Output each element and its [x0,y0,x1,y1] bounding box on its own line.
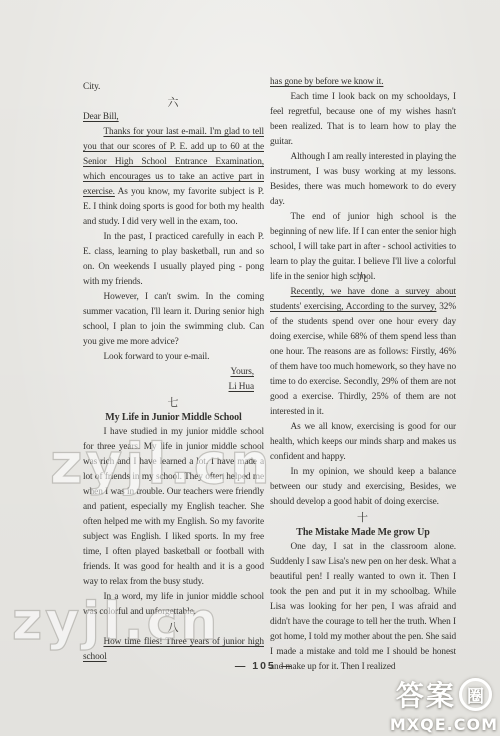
paragraph: Recently, we have done a survey about st… [270,285,456,420]
column-left: City.六Dear Bill,Thanks for your last e-m… [83,80,264,665]
column-right: has gone by before we know it.Each time … [270,75,456,675]
paragraph: Each time I look back on my schooldays, … [270,90,456,150]
paragraph: has gone by before we know it. [270,75,456,90]
body-text: However, I can't swim. In the coming sum… [83,292,264,347]
signature-text: Li Hua [229,382,254,392]
essay-title: The Mistake Made Me grow Up [270,525,456,540]
paragraph: In a word, my life in junior middle scho… [83,590,264,620]
paragraph: In the past, I practiced carefully in ea… [83,230,264,290]
body-text: Look forward to your e-mail. [103,352,209,362]
paragraph: City. [83,80,264,95]
logo-site-text: MXQE.COM [390,715,498,734]
body-text: Although I am really interested in playi… [270,152,456,207]
section-heading: 七 [83,395,264,410]
paragraph: I have studied in my junior middle schoo… [83,425,264,590]
signature: Yours,Li Hua [83,365,264,395]
logo-circle-char: 圈 [459,678,492,711]
body-text: As we all know, exercising is good for o… [270,422,456,462]
paragraph: One day, I sat in the classroom alone. S… [270,540,456,675]
essay-title: My Life in Junior Middle School [83,410,264,425]
body-text: City. [83,82,100,92]
signature-line: Li Hua [83,380,254,395]
body-text: In a word, my life in junior middle scho… [83,592,264,617]
underlined-text: How time flies! Three years of junior hi… [83,637,264,662]
underlined-text: has gone by before we know it. [270,77,383,87]
body-text: 32% of the students spend over one hour … [270,302,456,417]
paragraph: Dear Bill, [83,110,264,125]
logo-text: 答案 [396,674,456,714]
paragraph: However, I can't swim. In the coming sum… [83,290,264,350]
body-text: One day, I sat in the classroom alone. S… [270,542,456,672]
body-text: Each time I look back on my schooldays, … [270,92,456,147]
section-heading: 六 [83,95,264,110]
page-number: — 105 — [28,660,500,672]
underlined-text: Dear Bill, [83,112,119,122]
paragraph: Thanks for your last e-mail. I'm glad to… [83,125,264,230]
body-text: I have studied in my junior middle schoo… [83,427,264,587]
section-heading: 八 [83,620,264,635]
body-text: In the past, I practiced carefully in ea… [83,232,264,287]
signature-text: Yours, [230,367,254,377]
underlined-text: Recently, we have done a survey about st… [270,287,456,312]
signature-line: Yours, [83,365,254,380]
paragraph: As we all know, exercising is good for o… [270,420,456,465]
body-text: In my opinion, we should keep a balance … [270,467,456,507]
paragraph: Look forward to your e-mail. [83,350,264,365]
site-logo: 答案 圈 MXQE.COM [390,674,498,734]
paragraph: In my opinion, we should keep a balance … [270,465,456,510]
paragraph: Although I am really interested in playi… [270,150,456,210]
logo-row: 答案 圈 [390,674,498,714]
section-heading: 十 [270,510,456,525]
